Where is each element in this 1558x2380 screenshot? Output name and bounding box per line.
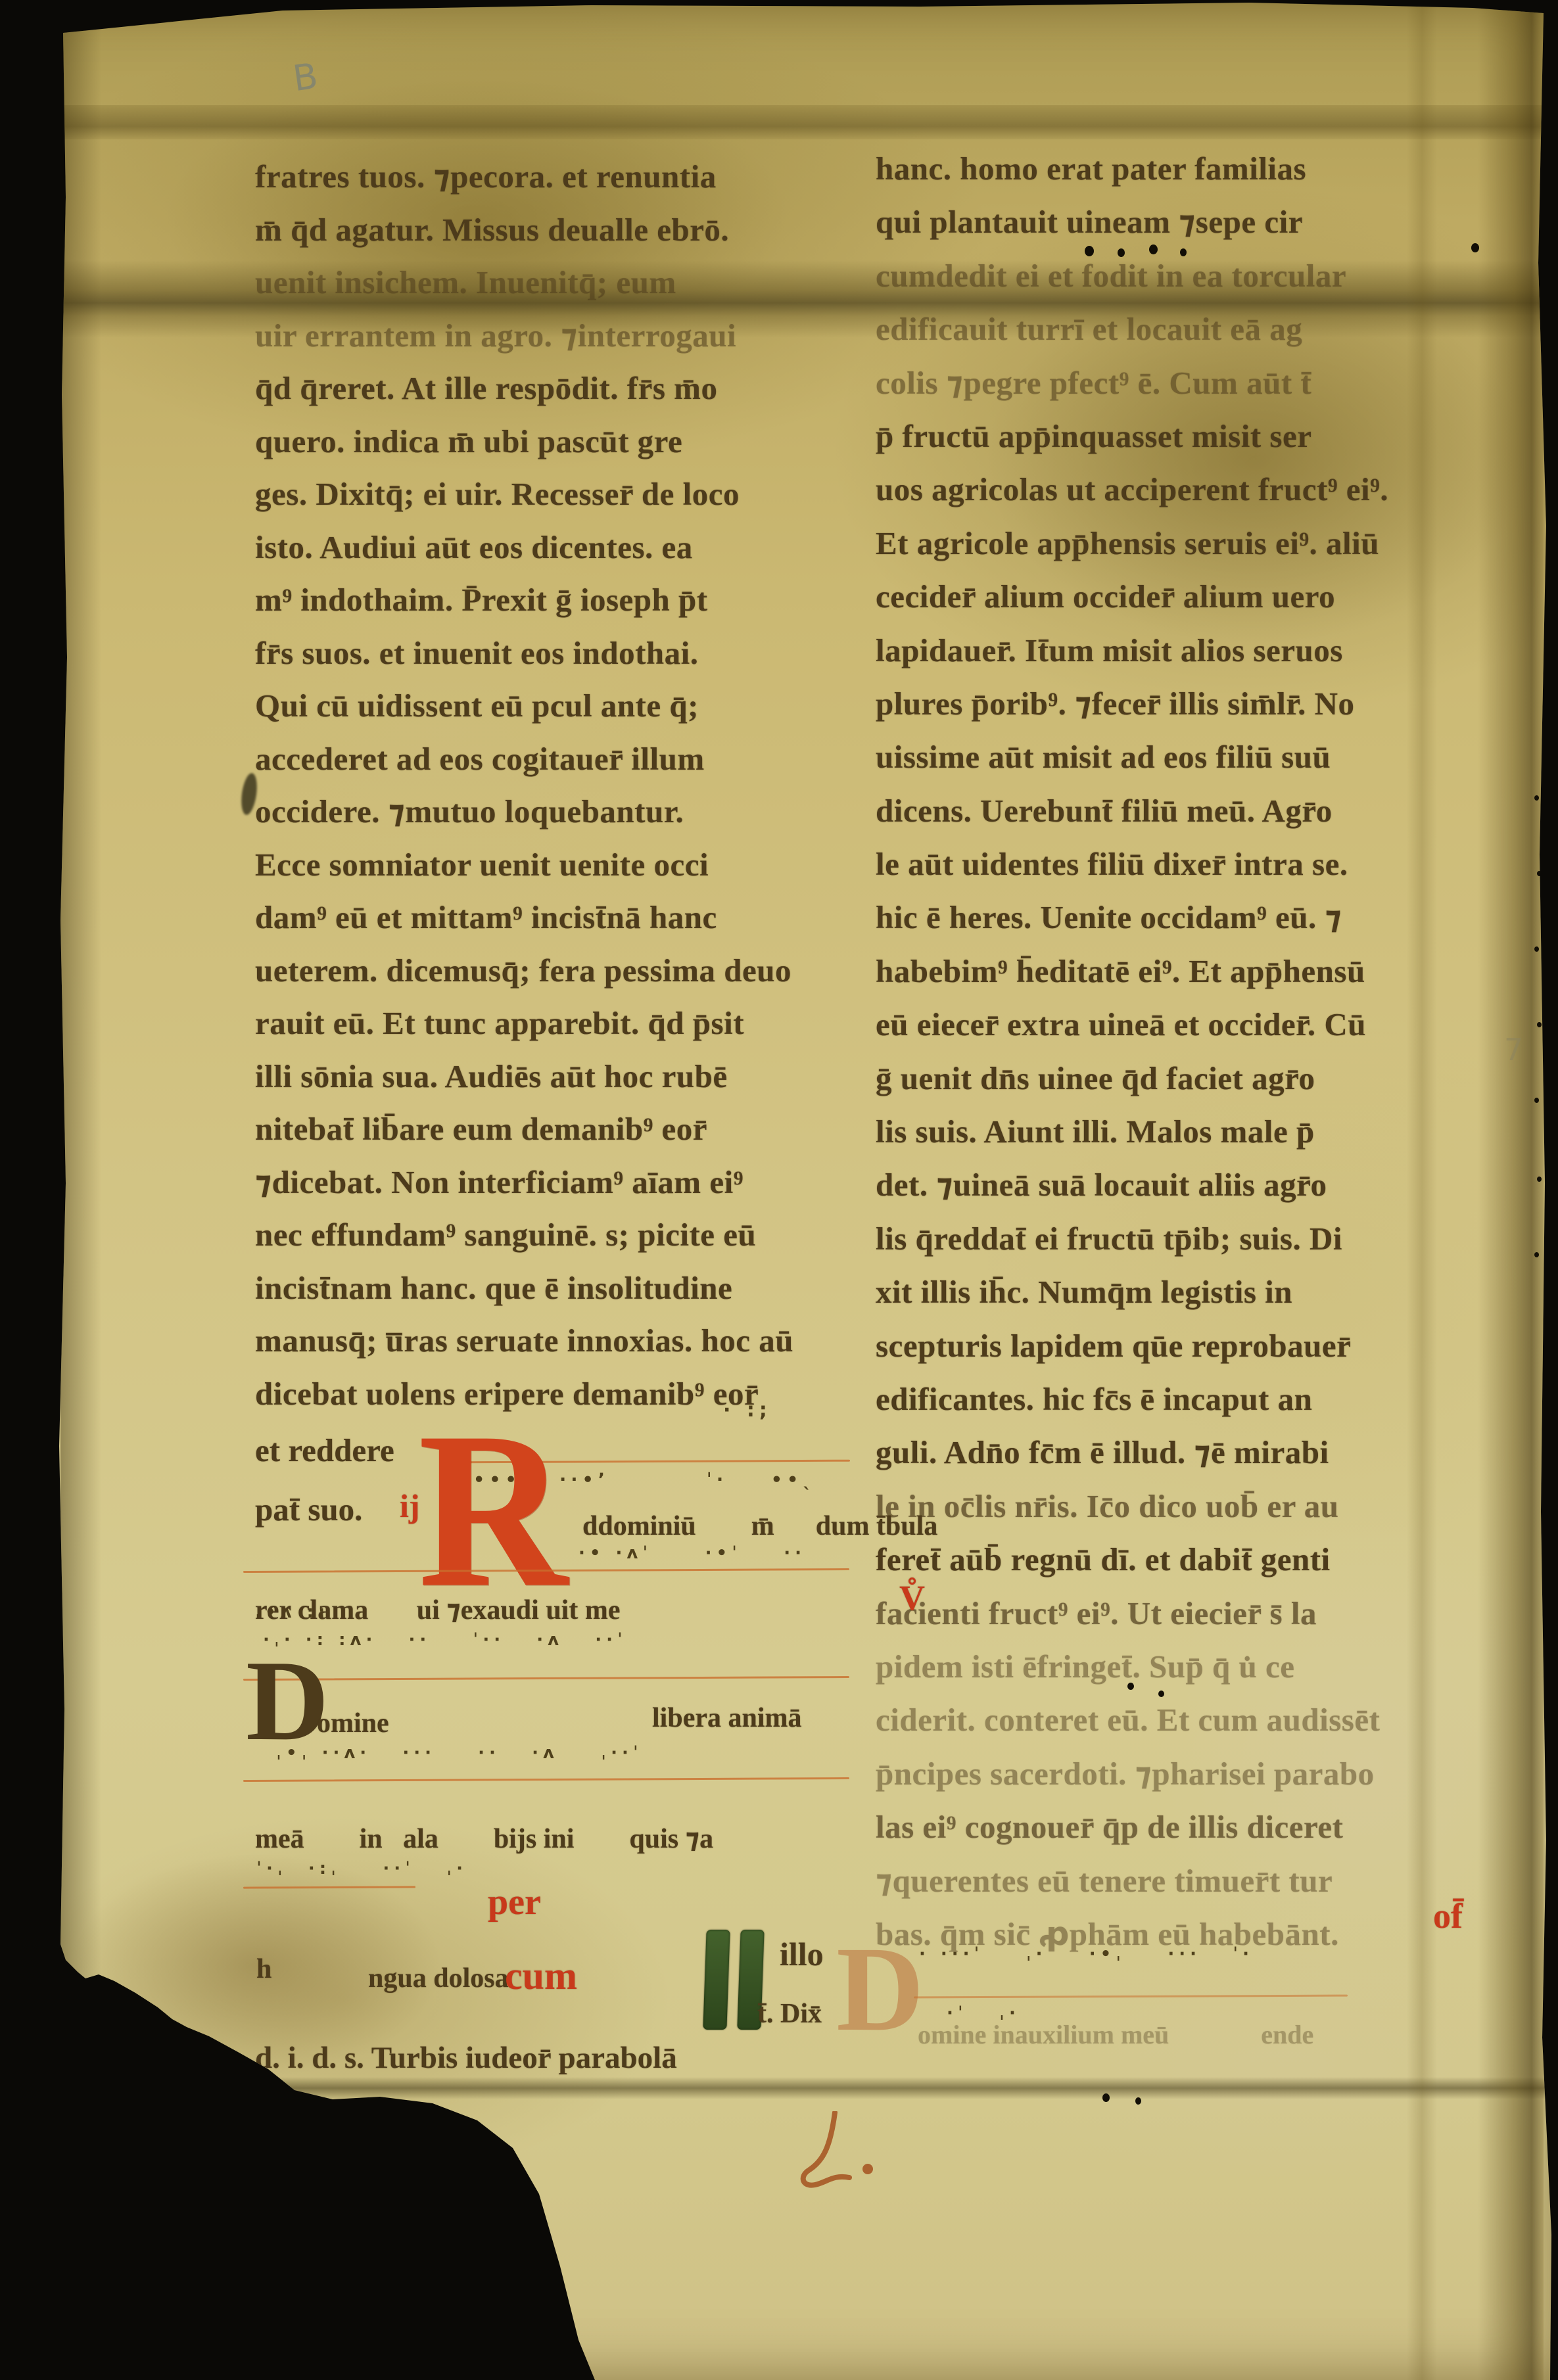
- text-line: hanc. homo erat pater familias: [876, 150, 1490, 203]
- text-line: las ei⁹ cognouer̄ q̄p de illis diceret: [876, 1808, 1490, 1861]
- faded-red-initial-offertory: D: [836, 1928, 924, 2050]
- sewing-hole: [1534, 795, 1539, 801]
- text-line: ⁊querentes eū tenere timuer̄t tur: [876, 1862, 1490, 1915]
- text-line: nitebat̄ lib̄are eum demanib⁹ eor̄: [255, 1110, 857, 1163]
- neumes-reddere: · :;: [723, 1399, 772, 1422]
- wormhole: [1135, 2097, 1141, 2105]
- text-line: fr̄s suos. et inuenit eos indothai.: [255, 634, 857, 688]
- text-line: edificauit turrī et locauit eā ag: [876, 310, 1490, 363]
- responsory-sign: ij: [400, 1487, 420, 1525]
- pencil-annotation-letter: B: [291, 55, 320, 100]
- red-initial-R: R: [418, 1404, 567, 1616]
- text-line: q̄d q̄reret. At ille respōdit. fr̄s m̄o: [255, 369, 857, 423]
- text-line: lapidauer̄. It̄um misit alios seruos: [876, 632, 1490, 685]
- text-line: feret̄ aūb̄ regnū dī. et dabit̄ genti: [876, 1541, 1490, 1594]
- bottom-fold-crease: [59, 2077, 1551, 2099]
- wormhole: [1471, 243, 1479, 252]
- green-initial-bar: [703, 1930, 730, 2030]
- versicle-sign: V̊: [899, 1577, 925, 1618]
- text-line: scepturis lapidem qūe reprobauer̄: [876, 1327, 1490, 1380]
- text-line: uenit insichem. Inuenitq̄; eum: [255, 264, 857, 317]
- text-line: quero. indica m̄ ubi pascūt gre: [255, 423, 857, 476]
- text-line: uos agricolas ut acciperent fruct⁹ ei⁹.: [876, 471, 1490, 524]
- text-line: occidere. ⁊mutuo loquebantur.: [255, 793, 857, 846]
- left-edge-shadow: [60, 0, 101, 2380]
- initial-D-domine: D: [246, 1643, 329, 1758]
- text-line: pidem isti ēfringet̄. Sup̄ q̄ u̇ ce: [876, 1648, 1490, 1701]
- text-line: ḡ uenit dn̄s uinee q̄d faciet agr̄o: [876, 1060, 1490, 1113]
- text-line: manusq̄; u̅ras seruate innoxias. hoc aū: [255, 1322, 857, 1375]
- sewing-hole: [1537, 871, 1542, 876]
- top-fold-crease: [59, 105, 1545, 139]
- text-line: accederet ad eos cogitauer̄ illum: [255, 740, 857, 793]
- text-line: dam⁹ eū et mittam⁹ incist̄nā hanc: [255, 898, 857, 952]
- text-line: m⁹ indothaim. P̄rexit ḡ ioseph p̄t: [255, 581, 857, 634]
- text-line: lis q̄reddat̄ ei fructū tp̄ib; suis. Di: [876, 1220, 1490, 1273]
- wormhole: [1158, 1691, 1164, 1697]
- text-line: xit illis ih̄c. Numq̄m legistis in: [876, 1273, 1490, 1326]
- text-line: ueterem. dicemusq̄; fera pessima deuo: [255, 952, 857, 1005]
- rubric-abbrev-line: d. i. d. s. Turbis iudeor̄ parabolā: [255, 2040, 677, 2076]
- text-line: colis ⁊pegre pfect⁹ ē. Cum aūt t̄: [876, 364, 1490, 417]
- text-line: uir errantem in agro. ⁊interrogaui: [255, 317, 857, 370]
- text-line: m̄ q̄d agatur. Missus deualle ebrō.: [255, 211, 857, 264]
- tempore-dixit: t̄. Dix̄: [757, 1998, 822, 2030]
- h-fragment: h: [256, 1953, 271, 1985]
- text-line: det. ⁊uineā suā locauit aliis agr̄o: [876, 1166, 1490, 1219]
- sewing-hole: [1537, 1177, 1542, 1182]
- staff-line-4: [243, 1777, 849, 1782]
- text-line: incist̄nam hanc. que ē insolitudine: [255, 1269, 857, 1322]
- sewing-hole: [1537, 1022, 1542, 1027]
- text-line: Et agricole app̄hensis seruis ei⁹. aliū: [876, 525, 1490, 578]
- text-line: ⁊dicebat. Non interficiam⁹ aīam ei⁹: [255, 1163, 857, 1217]
- text-line: lis suis. Aiunt illi. Malos male p̄: [876, 1113, 1490, 1166]
- text-line: nec effundam⁹ sanguinē. s; picite eū: [255, 1216, 857, 1269]
- text-line: guli. Adn̄o fc̄m ē illud. ⁊ē mirabi: [876, 1434, 1490, 1487]
- text-line: edificantes. hic fc̄s ē incaput an: [876, 1380, 1490, 1434]
- text-line: illi sōnia sua. Audiēs aūt hoc rubē: [255, 1058, 857, 1111]
- neumes-row-2: ·• ·ʌˈ ·•ˈ ··: [578, 1543, 806, 1563]
- wormhole: [1102, 2093, 1110, 2102]
- text-line: dicens. Uerebunt̄ filiū meū. Agr̄o: [876, 792, 1490, 845]
- text-line: rauit eū. Et tunc apparebit. q̄d p̄sit: [255, 1004, 857, 1058]
- lingua-dolosa: ngua dolosa: [368, 1963, 509, 1994]
- text-line: Ecce somniator uenit uenite occi: [255, 846, 857, 899]
- staff-line-offertory: [914, 1995, 1348, 1999]
- libera-anima: libera animā: [652, 1702, 802, 1734]
- text-line: plures p̄orib⁹. ⁊fecer̄ illis sim̄lr̄. N…: [876, 685, 1490, 738]
- text-line: p̄ncipes sacerdoti. ⁊pharisei parabo: [876, 1755, 1490, 1808]
- mea-melisma-line: meā in ala bijs ini quis ⁊a: [255, 1822, 713, 1855]
- patri-suo: pat̄ suo.: [255, 1491, 362, 1528]
- neumes-row-5: ˈ·ˌ ·:ˌ ··ˈ ˌ·: [256, 1859, 467, 1878]
- text-line: p̄ fructū app̄inquasset misit ser: [876, 417, 1490, 471]
- ink-flourish: [794, 2111, 893, 2210]
- text-line: hic ē heres. Uenite occidam⁹ eū. ⁊: [876, 898, 1490, 952]
- text-line: cecider̄ alium occider̄ alium uero: [876, 578, 1490, 631]
- text-line: le in oc̄lis nr̄is. Ic̄o dico uob̄ er au: [876, 1487, 1490, 1541]
- text-line: habebim⁹ h̄editatē ei⁹. Et app̄hensū: [876, 952, 1490, 1006]
- green-initial-IN: [703, 1930, 764, 2030]
- domine-word: omine: [317, 1708, 389, 1739]
- sewing-hole: [1534, 1098, 1539, 1103]
- text-line: ges. Dixitq̄; ei uir. Recesser̄ de loco: [255, 475, 857, 528]
- neumes-offertory-1: · ···ˈ ˌ· ·•ˌ ··· ˈ·: [919, 1944, 1254, 1964]
- sewing-hole: [1534, 946, 1539, 952]
- offertory-faint-text: omine inauxilium meū ende: [918, 2019, 1313, 2050]
- text-line: isto. Audiui aūt eos dicentes. ea: [255, 528, 857, 582]
- text-line: Qui cū uidissent eū pcul ante q̄;: [255, 687, 857, 740]
- text-line: le aūt uidentes filiū dixer̄ intra se.: [876, 845, 1490, 898]
- chant-incipit: ddominiū m̄ dum t̄bula: [582, 1510, 937, 1542]
- wormhole: [1127, 1683, 1134, 1690]
- wormhole: [1085, 246, 1094, 256]
- cum-rubric: cum: [505, 1953, 577, 1999]
- offertory-sign: of̄: [1433, 1896, 1463, 1936]
- text-line: facienti fruct⁹ ei⁹. Ut eiecier̄ s̄ la: [876, 1595, 1490, 1648]
- per-rubric: per: [488, 1881, 541, 1923]
- wormhole: [1149, 245, 1158, 254]
- text-line: uissime aūt misit ad eos filiū suū: [876, 738, 1490, 791]
- reddere-line: et reddere: [255, 1432, 394, 1469]
- pencil-annotation-number: 7: [1504, 1032, 1523, 1067]
- staff-line-5: [243, 1886, 415, 1888]
- text-line: fratres tuos. ⁊pecora. et renuntia: [255, 158, 857, 211]
- wormhole: [1118, 248, 1125, 257]
- wormhole: [1180, 248, 1187, 256]
- neumes-row-4: ˌ•ˌ ··ʌ· ··· ·· ·ʌ ˌ··ˈ: [276, 1743, 643, 1763]
- parchment-leaf: B 7 fratres tuos. ⁊pecora. et renuntiam̄…: [0, 0, 1558, 2380]
- text-line: eū eiecer̄ extra uineā et occider̄. Cū: [876, 1006, 1490, 1059]
- left-text-column: fratres tuos. ⁊pecora. et renuntiam̄ q̄d…: [255, 158, 857, 1428]
- staff-line-3: [243, 1676, 849, 1681]
- right-text-column: hanc. homo erat pater familiasqui planta…: [876, 150, 1490, 1969]
- stain-fade-bottom-right: [986, 1946, 1558, 2182]
- text-line: cumdedit ei et fodit in ea torcular: [876, 257, 1490, 310]
- text-line: ciderit. conteret eū. Et cum audissēt: [876, 1701, 1490, 1754]
- photo-backdrop: { "page": { "description": "Medieval par…: [0, 0, 1558, 2380]
- verse-text: rer clama ui ⁊exaudi uit me: [255, 1593, 620, 1626]
- illo-word: illo: [780, 1935, 824, 1973]
- sewing-hole: [1534, 1252, 1539, 1257]
